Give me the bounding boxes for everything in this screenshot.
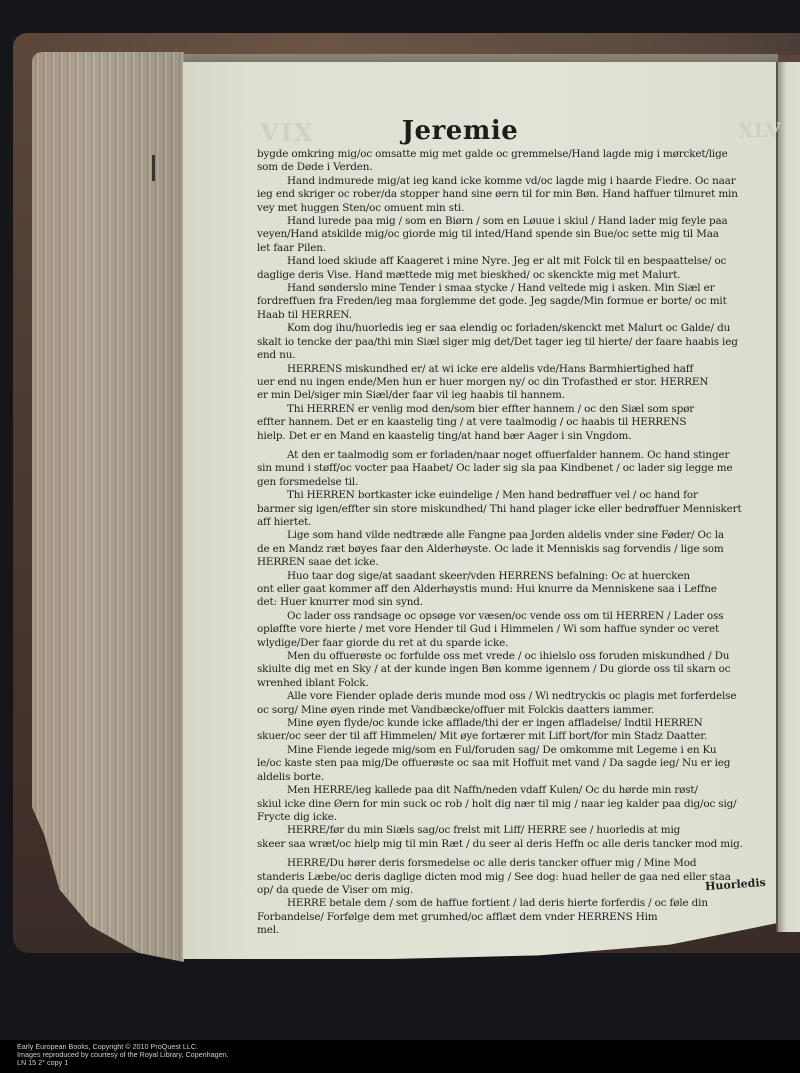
text-line: At den er taalmodig som er forladen/naar… bbox=[257, 449, 789, 462]
text-line: som de Døde i Verden. bbox=[257, 161, 789, 174]
paragraph: HERRENS miskundhed er/ at wi icke ere al… bbox=[257, 363, 789, 403]
paragraph: Alle vore Fiender oplade deris munde mod… bbox=[257, 690, 789, 717]
text-line: vey met huggen Sten/oc omuent min sti. bbox=[257, 202, 789, 215]
text-line: skalt io tencke der paa/thi min Siæl sig… bbox=[257, 336, 789, 349]
paragraph: Huo taar dog sige/at saadant skeer/vden … bbox=[257, 570, 789, 610]
text-line: HERRENS miskundhed er/ at wi icke ere al… bbox=[257, 363, 789, 376]
text-line: det: Huer knurrer mod sin synd. bbox=[257, 596, 789, 609]
page-tab-marker bbox=[152, 155, 155, 181]
text-line: let faar Pilen. bbox=[257, 242, 789, 255]
text-line: wrenhed iblant Folck. bbox=[257, 677, 789, 690]
paragraph: Mine Fiende iegede mig/som en Ful/forude… bbox=[257, 744, 789, 784]
text-line: bygde omkring mig/oc omsatte mig met gal… bbox=[257, 148, 789, 161]
page-fore-edge-stack bbox=[32, 52, 184, 962]
text-line: skiul icke dine Øern for min suck oc rob… bbox=[257, 798, 789, 811]
paragraph: Men HERRE/ieg kallede paa dit Naffn/nede… bbox=[257, 784, 789, 824]
page-text-body: bygde omkring mig/oc omsatte mig met gal… bbox=[257, 148, 789, 938]
text-line: Hand loed skiude aff Kaageret i mine Nyr… bbox=[257, 255, 789, 268]
text-line: ont eller gaat kommer aff den Alderhøyst… bbox=[257, 583, 789, 596]
text-line: Kom dog ihu/huorledis ieg er saa elendig… bbox=[257, 322, 789, 335]
text-line: effter hannem. Det er en kaastelig ting … bbox=[257, 416, 789, 429]
text-line: skiulte dig met en Sky / at der kunde in… bbox=[257, 663, 789, 676]
text-line: Frycte dig icke. bbox=[257, 811, 789, 824]
text-line: sin mund i støff/oc vocter paa Haabet/ O… bbox=[257, 462, 789, 475]
paragraph: Oc lader oss randsage oc opsøge vor væse… bbox=[257, 610, 789, 650]
text-line: aff hiertet. bbox=[257, 516, 789, 529]
text-line: le/oc kaste sten paa mig/De offuerøste o… bbox=[257, 757, 789, 770]
text-line: Lige som hand vilde nedtræde alle Fangne… bbox=[257, 529, 789, 542]
text-line: fordreffuen fra Freden/ieg maa forglemme… bbox=[257, 295, 789, 308]
text-line: daglige deris Vise. Hand mættede mig met… bbox=[257, 269, 789, 282]
paragraph: Kom dog ihu/huorledis ieg er saa elendig… bbox=[257, 322, 789, 362]
text-line: Men du offuerøste oc forfulde oss met vr… bbox=[257, 650, 789, 663]
text-line: barmer sig igen/effter sin store miskund… bbox=[257, 503, 789, 516]
text-line: hielp. Det er en Mand en kaastelig ting/… bbox=[257, 430, 789, 443]
text-line: er min Del/siger min Siæl/der faar vil i… bbox=[257, 389, 789, 402]
paragraph: HERRE/før du min Siæls sag/oc frelst mit… bbox=[257, 824, 789, 851]
text-line: HERRE/før du min Siæls sag/oc frelst mit… bbox=[257, 824, 789, 837]
text-line: uer end nu ingen ende/Men hun er huer mo… bbox=[257, 376, 789, 389]
text-line: Alle vore Fiender oplade deris munde mod… bbox=[257, 690, 789, 703]
text-line: Forbandelse/ Forfølge dem met grumhed/oc… bbox=[257, 911, 789, 924]
text-line: Men HERRE/ieg kallede paa dit Naffn/nede… bbox=[257, 784, 789, 797]
paragraph: At den er taalmodig som er forladen/naar… bbox=[257, 449, 789, 489]
text-line: opløffte vore hierte / met vore Hender t… bbox=[257, 623, 789, 636]
paragraph: Hand sønderslo mine Tender i smaa stycke… bbox=[257, 282, 789, 322]
paragraph: Thi HERREN bortkaster icke euindelige / … bbox=[257, 489, 789, 529]
text-line: skuer/oc seer der til aff Himmelen/ Mit … bbox=[257, 730, 789, 743]
text-line: Hand sønderslo mine Tender i smaa stycke… bbox=[257, 282, 789, 295]
text-line: HERREN saae det icke. bbox=[257, 556, 789, 569]
text-line: Oc lader oss randsage oc opsøge vor væse… bbox=[257, 610, 789, 623]
text-line: wlydige/Der faar giorde du ret at du spa… bbox=[257, 637, 789, 650]
text-line: HERRE betale dem / som de haffue fortien… bbox=[257, 897, 789, 910]
text-line: Haab til HERREN. bbox=[257, 309, 789, 322]
book-cover-top-edge bbox=[13, 33, 800, 55]
paragraph: Thi HERREN er venlig mod den/som bier ef… bbox=[257, 403, 789, 443]
footer-line-shelfmark: LN 15 2° copy 1 bbox=[17, 1059, 229, 1067]
text-line: Thi HERREN er venlig mod den/som bier ef… bbox=[257, 403, 789, 416]
text-line: HERRE/Du hører deris forsmedelse oc alle… bbox=[257, 857, 789, 870]
text-line: de en Mandz ræt bøyes faar den Alderhøys… bbox=[257, 543, 789, 556]
paragraph: Hand indmurede mig/at ieg kand icke komm… bbox=[257, 175, 789, 215]
text-line: aldelis borte. bbox=[257, 771, 789, 784]
text-line: end nu. bbox=[257, 349, 789, 362]
text-line: ieg end skriger oc rober/da stopper hand… bbox=[257, 188, 789, 201]
text-line: Thi HERREN bortkaster icke euindelige / … bbox=[257, 489, 789, 502]
paragraph: Hand lurede paa mig / som en Biørn / som… bbox=[257, 215, 789, 255]
text-line: Mine øyen flyde/oc kunde icke afflade/th… bbox=[257, 717, 789, 730]
paragraph: Lige som hand vilde nedtræde alle Fangne… bbox=[257, 529, 789, 569]
paragraph: Men du offuerøste oc forfulde oss met vr… bbox=[257, 650, 789, 690]
text-line: skeer saa wræt/oc hielp mig til min Ræt … bbox=[257, 838, 789, 851]
paragraph: bygde omkring mig/oc omsatte mig met gal… bbox=[257, 148, 789, 175]
footer-text: Early European Books, Copyright © 2010 P… bbox=[17, 1043, 229, 1068]
paragraph: Mine øyen flyde/oc kunde icke afflade/th… bbox=[257, 717, 789, 744]
paragraph: HERRE betale dem / som de haffue fortien… bbox=[257, 897, 789, 937]
text-line: mel. bbox=[257, 924, 789, 937]
text-line: Hand lurede paa mig / som en Biørn / som… bbox=[257, 215, 789, 228]
text-line: gen forsmedelse til. bbox=[257, 476, 789, 489]
text-line: Huo taar dog sige/at saadant skeer/vden … bbox=[257, 570, 789, 583]
text-line: veyen/Hand atskilde mig/oc giorde mig ti… bbox=[257, 228, 789, 241]
running-head: Jeremie bbox=[0, 116, 800, 146]
text-line: Mine Fiende iegede mig/som en Ful/forude… bbox=[257, 744, 789, 757]
text-line: Hand indmurede mig/at ieg kand icke komm… bbox=[257, 175, 789, 188]
paragraph: Hand loed skiude aff Kaageret i mine Nyr… bbox=[257, 255, 789, 282]
text-line: oc sorg/ Mine øyen rinde met Vandbæcke/o… bbox=[257, 704, 789, 717]
